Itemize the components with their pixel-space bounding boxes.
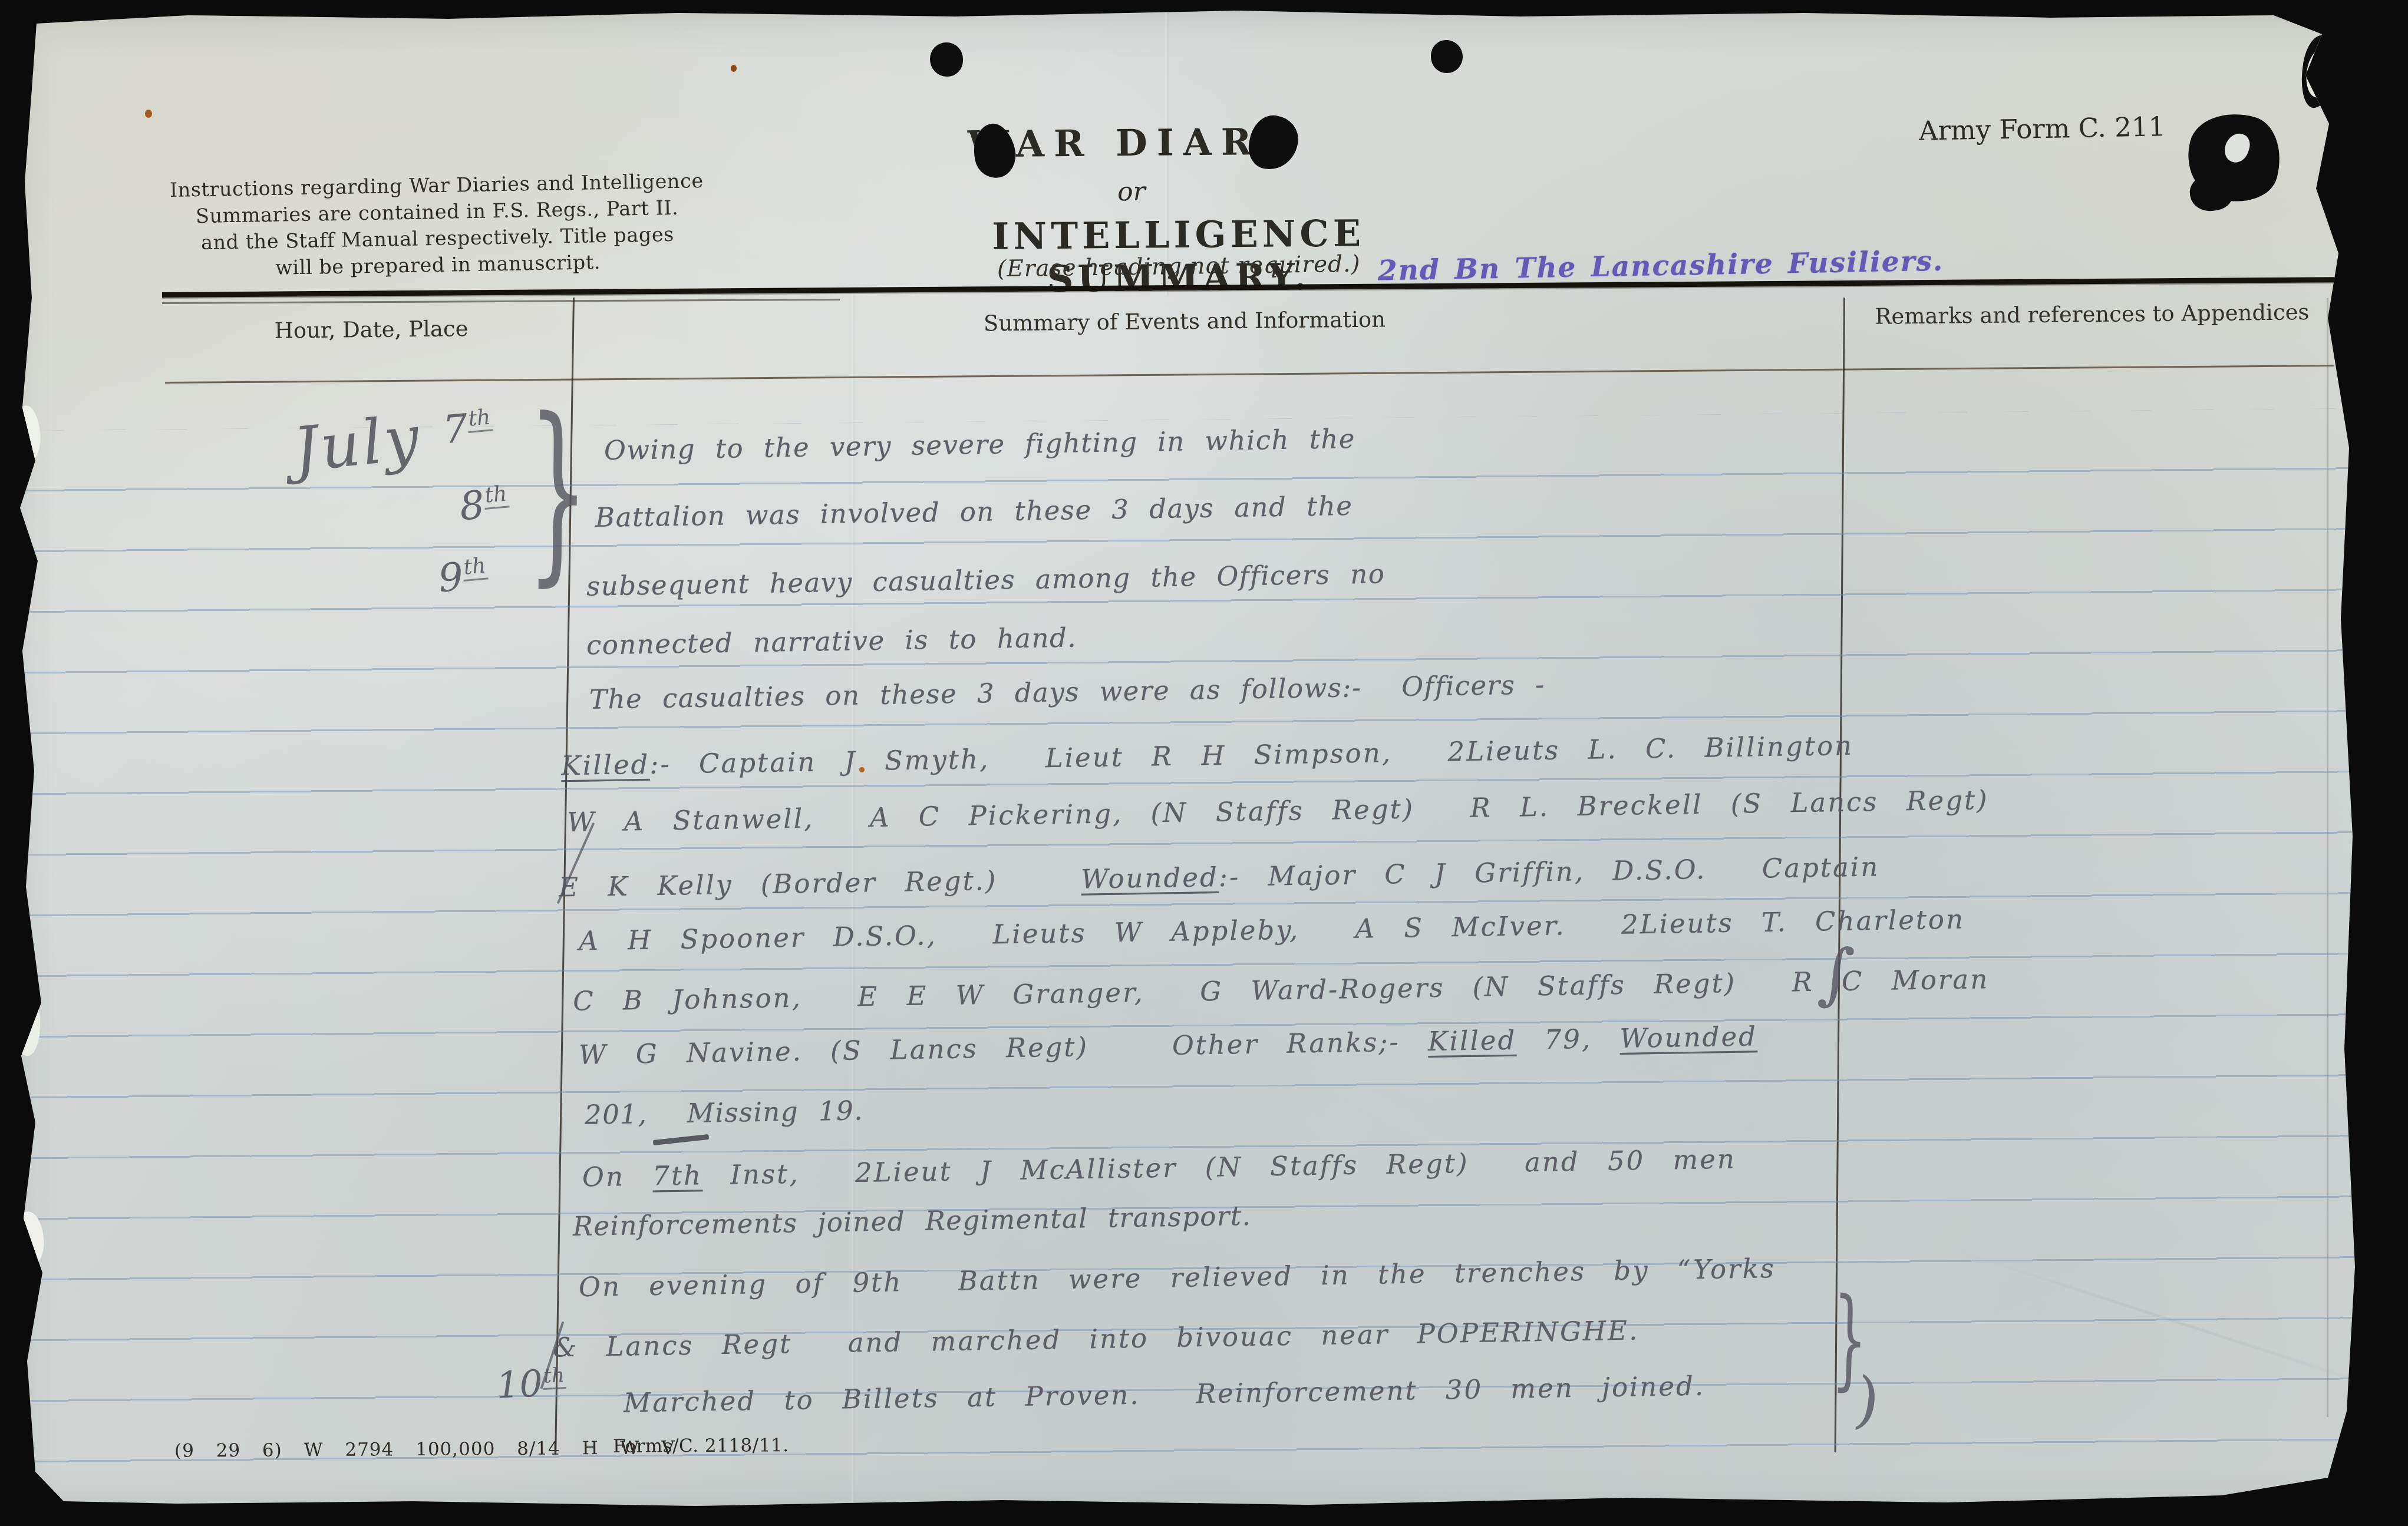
date-number: 10 <box>495 1362 544 1407</box>
summary-text: Reinforcements joined Regimental transpo… <box>573 1200 1252 1242</box>
summary-text: :- Captain J Smyth, Lieut R H Simpson, 2… <box>649 730 1853 780</box>
column-header-remarks: Remarks and references to Appendices <box>1862 299 2322 329</box>
summary-text: C B Johnson, E E W Granger, G Ward-Roger… <box>573 963 1990 1017</box>
summary-line: W G Navine. (S Lancs Regt) Other Ranks;-… <box>579 1020 1758 1070</box>
summary-text: A H Spooner D.S.O., Lieuts W Appleby, A … <box>579 904 1965 957</box>
paper-tear-chip <box>15 405 42 461</box>
summary-text-underlined: Killed <box>1428 1025 1517 1057</box>
summary-text: On evening of 9th Battn were relieved in… <box>579 1253 1776 1303</box>
summary-line: & Lancs Regt and marched into bivouac ne… <box>553 1315 1640 1363</box>
date-number: 8 <box>458 482 487 529</box>
summary-line: Battalion was involved on these 3 days a… <box>595 490 1353 533</box>
summary-text: Owing to the very severe fighting in whi… <box>604 423 1356 466</box>
pencil-flourish: ∫ <box>1816 933 1856 1015</box>
date-brace: } <box>526 392 590 589</box>
summary-line: connected narrative is to hand. <box>586 622 1077 660</box>
summary-line: Marched to Billets at Proven. Reinforcem… <box>624 1370 1706 1419</box>
summary-text: E K Kelly (Border Regt.) <box>559 864 1081 903</box>
summary-line: On 7th Inst, 2Lieut J McAllister (N Staf… <box>582 1144 1736 1193</box>
column-header-hour-date-place: Hour, Date, Place <box>177 315 566 345</box>
form-title-conjunction: or <box>943 175 1320 209</box>
scan-background: { "colors": { "paper": "#d6dad7", "print… <box>0 0 2408 1526</box>
summary-line: Owing to the very severe fighting in whi… <box>604 423 1356 466</box>
summary-text: W G Navine. (S Lancs Regt) Other Ranks;- <box>579 1026 1429 1071</box>
summary-text-underlined: Wounded <box>1081 861 1219 895</box>
summary-text: :- Major C J Griffin, D.S.O. Captain <box>1218 851 1879 893</box>
punch-dot <box>930 42 963 77</box>
header-underline <box>165 365 2334 383</box>
entry-date-8: 8th <box>458 480 511 530</box>
summary-line: E K Kelly (Border Regt.) Wounded:- Major… <box>559 851 1880 903</box>
date-suffix: th <box>461 553 488 581</box>
entry-date-9: 9th <box>437 552 490 602</box>
paper-tear-chip <box>15 1210 46 1266</box>
date-suffix: th <box>466 405 493 432</box>
summary-text: subsequent heavy casualties among the Of… <box>586 558 1386 602</box>
erase-heading-note: (Erase heading not required.) <box>997 251 1361 283</box>
paper-tear-chip <box>14 997 42 1057</box>
punch-dot <box>1431 40 1463 73</box>
date-number: 7 <box>441 405 470 452</box>
footer-form-code: Forms/C. 2118/11. <box>613 1435 789 1457</box>
summary-text: On <box>582 1161 653 1193</box>
summary-text: connected narrative is to hand. <box>586 622 1077 660</box>
rust-speck <box>731 65 737 72</box>
rust-speck <box>145 110 152 118</box>
footer-imprint: (9 29 6) W 2794 100,000 8/14 H W V <box>174 1437 675 1461</box>
summary-line: A H Spooner D.S.O., Lieuts W Appleby, A … <box>579 904 1965 957</box>
paper-sheet: Instructions regarding War Diaries and I… <box>0 0 2408 1526</box>
summary-text: W A Stanwell, A C Pickering, (N Staffs R… <box>567 784 1989 838</box>
summary-text: Marched to Billets at Proven. Reinforcem… <box>624 1370 1706 1419</box>
paper-crease-diagonal <box>1944 1245 2404 1397</box>
summary-line: The casualties on these 3 days were as f… <box>589 669 1545 715</box>
summary-line: Reinforcements joined Regimental transpo… <box>573 1200 1252 1242</box>
summary-line: 201, Missing 19. <box>585 1095 864 1130</box>
summary-line: On evening of 9th Battn were relieved in… <box>579 1253 1776 1303</box>
entry-date-7: 7th <box>441 404 494 453</box>
form-number: Army Form C. 211 <box>1919 111 2166 146</box>
entry-date-month: July <box>290 401 424 486</box>
summary-line: Killed:- Captain J Smyth, Lieut R H Simp… <box>561 730 1854 781</box>
paper-crease-vertical <box>852 295 855 1508</box>
date-suffix: th <box>483 481 509 509</box>
summary-line: C B Johnson, E E W Granger, G Ward-Roger… <box>573 963 1990 1017</box>
summary-text-underlined: 7th <box>652 1160 703 1191</box>
torn-corner-shadow <box>2296 33 2343 111</box>
entry-date-10: 10th <box>495 1360 567 1407</box>
summary-text-underlined: Wounded <box>1619 1020 1757 1054</box>
rust-speck <box>859 767 865 772</box>
summary-text: Battalion was involved on these 3 days a… <box>595 490 1353 533</box>
summary-line: W A Stanwell, A C Pickering, (N Staffs R… <box>567 784 1989 838</box>
table-right-edge <box>2327 298 2328 1417</box>
summary-text: 79, <box>1516 1023 1620 1056</box>
pencil-smudge <box>653 1134 709 1145</box>
summary-text: Inst, 2Lieut J McAllister (N Staffs Regt… <box>702 1144 1737 1191</box>
header-rule-shadow <box>162 299 840 304</box>
summary-text: & Lancs Regt and marched into bivouac ne… <box>553 1315 1640 1363</box>
date-number: 9 <box>437 554 466 601</box>
summary-line: subsequent heavy casualties among the Of… <box>586 558 1386 602</box>
summary-text: The casualties on these 3 days were as f… <box>589 669 1545 715</box>
summary-text-underlined: Killed <box>561 749 650 781</box>
column-header-summary: Summary of Events and Information <box>707 304 1662 339</box>
instructions-note: Instructions regarding War Diaries and I… <box>154 167 721 283</box>
summary-text: 201, Missing 19. <box>585 1095 864 1130</box>
